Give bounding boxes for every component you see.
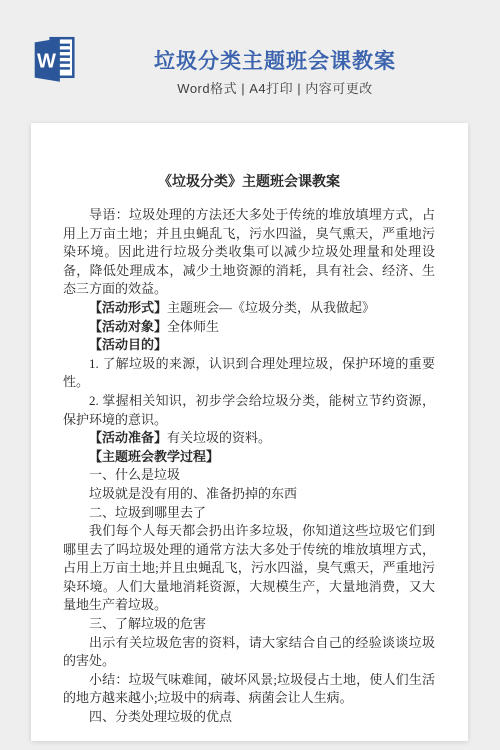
text-run: 一、什么是垃圾: [89, 467, 180, 482]
text-run: 垃圾就是没有用的、准备扔掉的东西: [89, 486, 297, 501]
text-run: 主题班会—《垃圾分类，从我做起》: [167, 300, 375, 315]
paragraph: 垃圾就是没有用的、准备扔掉的东西: [63, 485, 435, 504]
paragraph: 1. 了解垃圾的来源，认识到合理处理垃圾，保护环境的重要性。: [63, 355, 435, 392]
paragraph: 2. 掌握相关知识，初步学会给垃圾分类，能树立节约资源，保护环境的意识。: [63, 392, 435, 429]
paragraph: 小结：垃圾气味难闻，破坏风景;垃圾侵占土地，使人们生活的地方越来越小;垃圾中的病…: [63, 671, 435, 708]
text-run: 我们每个人每天都会扔出许多垃圾，你知道这些垃圾它们到哪里去了吗垃圾处理的通常方法…: [63, 523, 435, 612]
text-run: 二、垃圾到哪里去了: [89, 505, 206, 520]
paragraph: 【主题班会教学过程】: [63, 448, 435, 467]
bold-run: 【活动目的】: [89, 337, 167, 352]
paragraph: 二、垃圾到哪里去了: [63, 504, 435, 523]
page-subtitle: Word格式 | A4打印 | 内容可更改: [50, 80, 500, 98]
bold-run: 【主题班会教学过程】: [89, 449, 219, 464]
text-run: 2. 掌握相关知识，初步学会给垃圾分类，能树立节约资源，保护环境的意识。: [63, 393, 435, 427]
document-body: 导语：垃圾处理的方法还大多处于传统的堆放填埋方式，占用上万亩土地；并且虫蝇乱飞，…: [63, 206, 435, 727]
paragraph: 我们每个人每天都会扔出许多垃圾，你知道这些垃圾它们到哪里去了吗垃圾处理的通常方法…: [63, 522, 435, 615]
page-title: 垃圾分类主题班会课教案: [50, 48, 500, 76]
bold-run: 【活动准备】: [89, 430, 167, 445]
paragraph: 四、分类处理垃圾的优点: [63, 708, 435, 727]
header-text: 垃圾分类主题班会课教案 Word格式 | A4打印 | 内容可更改: [50, 0, 500, 98]
text-run: 四、分类处理垃圾的优点: [89, 709, 232, 724]
paragraph: 【活动形式】主题班会—《垃圾分类，从我做起》: [63, 299, 435, 318]
text-run: 出示有关垃圾危害的资料，请大家结合自己的经验谈谈垃圾的害处。: [63, 635, 435, 669]
paragraph: 【活动目的】: [63, 336, 435, 355]
paragraph: 导语：垃圾处理的方法还大多处于传统的堆放填埋方式，占用上万亩土地；并且虫蝇乱飞，…: [63, 206, 435, 299]
text-run: 导语：垃圾处理的方法还大多处于传统的堆放填埋方式，占用上万亩土地；并且虫蝇乱飞，…: [63, 207, 435, 296]
text-run: 全体师生: [167, 319, 219, 334]
text-run: 1. 了解垃圾的来源，认识到合理处理垃圾，保护环境的重要性。: [63, 356, 435, 390]
paragraph: 【活动对象】全体师生: [63, 318, 435, 337]
bold-run: 【活动形式】: [89, 300, 167, 315]
paragraph: 一、什么是垃圾: [63, 466, 435, 485]
document-title: 《垃圾分类》主题班会课教案: [63, 173, 435, 193]
text-run: 有关垃圾的资料。: [167, 430, 271, 445]
paragraph: 出示有关垃圾危害的资料，请大家结合自己的经验谈谈垃圾的害处。: [63, 634, 435, 671]
text-run: 小结：垃圾气味难闻，破坏风景;垃圾侵占土地，使人们生活的地方越来越小;垃圾中的病…: [63, 672, 435, 706]
text-run: 三、了解垃圾的危害: [89, 616, 206, 631]
bold-run: 【活动对象】: [89, 319, 167, 334]
header: W 垃圾分类主题班会课教案 Word格式 | A4打印 | 内容可更改: [0, 0, 500, 123]
paragraph: 【活动准备】有关垃圾的资料。: [63, 429, 435, 448]
paragraph: 三、了解垃圾的危害: [63, 615, 435, 634]
document-page: 《垃圾分类》主题班会课教案 导语：垃圾处理的方法还大多处于传统的堆放填埋方式，占…: [31, 123, 468, 741]
